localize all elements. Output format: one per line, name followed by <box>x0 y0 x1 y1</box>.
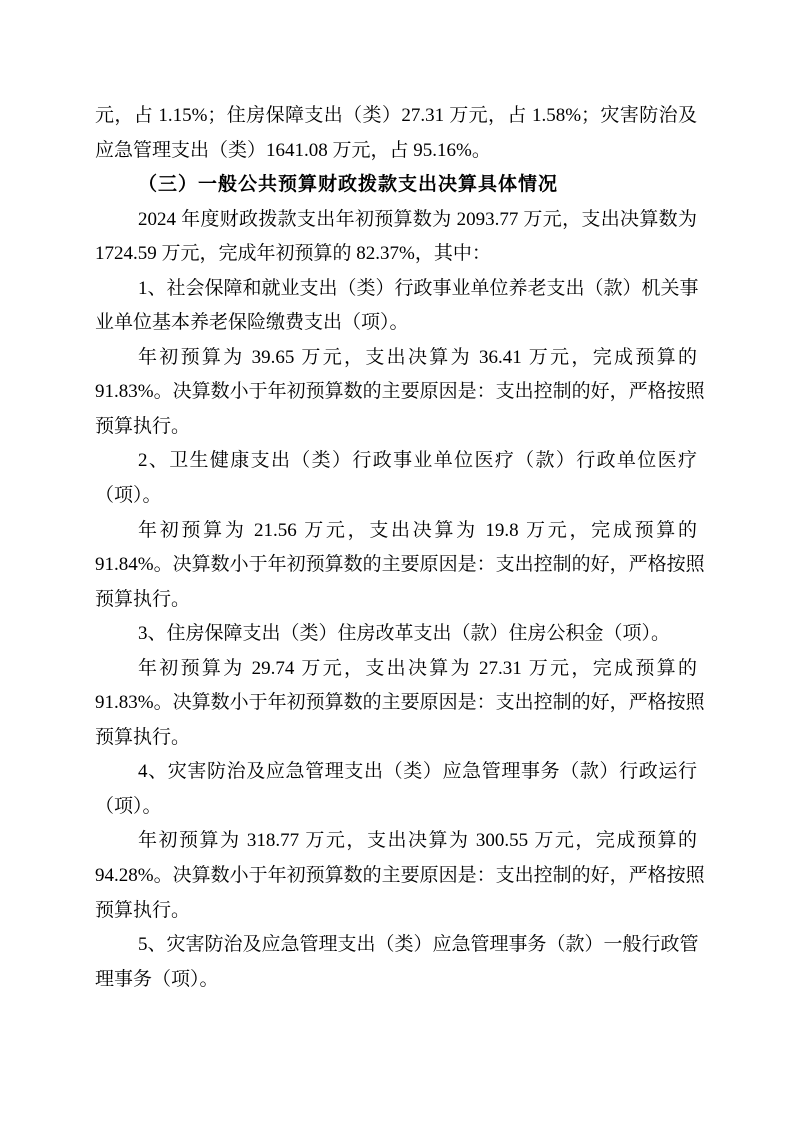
text-line: 元，占 1.15%；住房保障支出（类）27.31 万元，占 1.58%；灾害防治… <box>95 99 697 134</box>
text-line: 年初预算为 318.77 万元，支出决算为 300.55 万元，完成预算的 <box>95 824 697 859</box>
text-line: 预算执行。 <box>95 721 697 756</box>
text-line: 业单位基本养老保险缴费支出（项）。 <box>95 306 697 341</box>
text-line: 应急管理支出（类）1641.08 万元，占 95.16%。 <box>95 134 697 169</box>
text-line: 理事务（项）。 <box>95 963 697 998</box>
text-line: 年初预算为 39.65 万元，支出决算为 36.41 万元，完成预算的 <box>95 341 697 376</box>
text-line: 5、灾害防治及应急管理支出（类）应急管理事务（款）一般行政管 <box>95 928 697 963</box>
text-line: 2、卫生健康支出（类）行政事业单位医疗（款）行政单位医疗 <box>95 444 697 479</box>
text-line: 4、灾害防治及应急管理支出（类）应急管理事务（款）行政运行 <box>95 755 697 790</box>
document-content: 元，占 1.15%；住房保障支出（类）27.31 万元，占 1.58%；灾害防治… <box>95 99 697 997</box>
text-line: 预算执行。 <box>95 410 697 445</box>
text-line: 年初预算为 29.74 万元，支出决算为 27.31 万元，完成预算的 <box>95 652 697 687</box>
text-line: 91.83%。决算数小于年初预算数的主要原因是：支出控制的好，严格按照 <box>95 375 697 410</box>
text-line: 1724.59 万元，完成年初预算的 82.37%，其中： <box>95 237 697 272</box>
text-line: 1、社会保障和就业支出（类）行政事业单位养老支出（款）机关事 <box>95 272 697 307</box>
text-line: （项）。 <box>95 790 697 825</box>
text-line: 年初预算为 21.56 万元，支出决算为 19.8 万元，完成预算的 <box>95 514 697 549</box>
text-line: 91.83%。决算数小于年初预算数的主要原因是：支出控制的好，严格按照 <box>95 686 697 721</box>
text-line: 预算执行。 <box>95 583 697 618</box>
text-line: 3、住房保障支出（类）住房改革支出（款）住房公积金（项）。 <box>95 617 697 652</box>
text-line: 2024 年度财政拨款支出年初预算数为 2093.77 万元，支出决算数为 <box>95 203 697 238</box>
text-line: 预算执行。 <box>95 894 697 929</box>
text-line: 94.28%。决算数小于年初预算数的主要原因是：支出控制的好，严格按照 <box>95 859 697 894</box>
section-heading: （三）一般公共预算财政拨款支出决算具体情况 <box>95 168 697 203</box>
text-line: （项）。 <box>95 479 697 514</box>
text-line: 91.84%。决算数小于年初预算数的主要原因是：支出控制的好，严格按照 <box>95 548 697 583</box>
document-page: 元，占 1.15%；住房保障支出（类）27.31 万元，占 1.58%；灾害防治… <box>0 0 793 1122</box>
